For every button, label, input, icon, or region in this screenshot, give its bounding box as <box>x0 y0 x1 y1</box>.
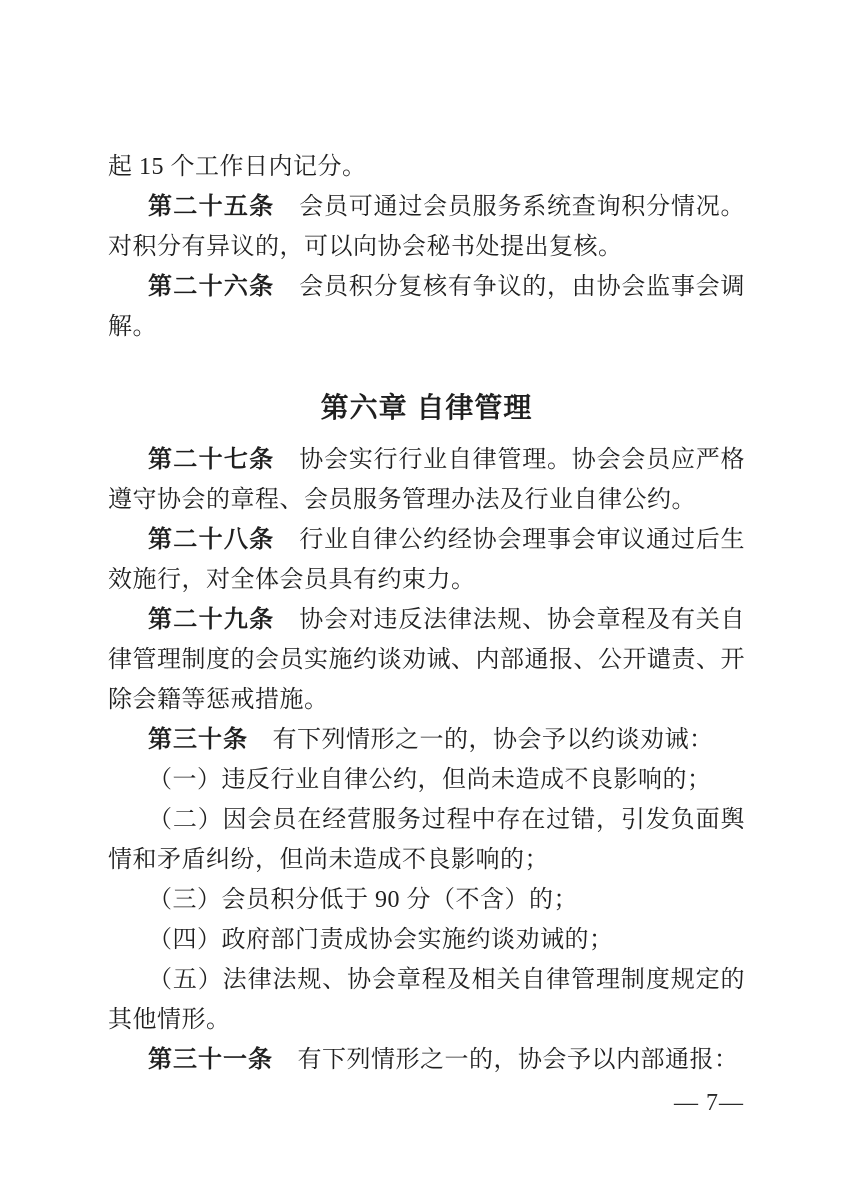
document-text-block: 起 15 个工作日内记分。 第二十五条 会员可通过会员服务系统查询积分情况。对积… <box>108 147 745 1080</box>
article-number: 第二十七条 <box>148 446 274 473</box>
list-item-1: （一）违反行业自律公约，但尚未造成不良影响的； <box>108 760 745 800</box>
list-item-5: （五）法律法规、协会章程及相关自律管理制度规定的其他情形。 <box>108 960 745 1040</box>
article-number: 第二十五条 <box>148 193 274 220</box>
article-number: 第二十八条 <box>148 526 274 553</box>
article-paragraph-25: 第二十五条 会员可通过会员服务系统查询积分情况。对积分有异议的，可以向协会秘书处… <box>108 187 745 267</box>
article-number: 第二十六条 <box>148 273 274 300</box>
chapter-heading: 第六章 自律管理 <box>108 388 745 428</box>
article-number: 第三十一条 <box>148 1046 273 1073</box>
paragraph-text: 起 15 个工作日内记分。 <box>108 154 367 180</box>
list-item-3: （三）会员积分低于 90 分（不含）的； <box>108 880 745 920</box>
article-paragraph-28: 第二十八条 行业自律公约经协会理事会审议通过后生效施行，对全体会员具有约束力。 <box>108 520 745 600</box>
article-number: 第二十九条 <box>148 606 274 633</box>
article-paragraph-26: 第二十六条 会员积分复核有争议的，由协会监事会调解。 <box>108 267 745 347</box>
list-item-text: （二）因会员在经营服务过程中存在过错，引发负面舆情和矛盾纠纷，但尚未造成不良影响… <box>108 807 745 873</box>
article-text: 有下列情形之一的，协会予以约谈劝诫： <box>248 727 714 753</box>
list-item-text: （四）政府部门责成协会实施约谈劝诫的； <box>148 927 614 953</box>
article-paragraph-29: 第二十九条 协会对违反法律法规、协会章程及有关自律管理制度的会员实施约谈劝诫、内… <box>108 600 745 720</box>
article-number: 第三十条 <box>148 726 248 753</box>
article-paragraph-31: 第三十一条 有下列情形之一的，协会予以内部通报： <box>108 1040 745 1080</box>
article-paragraph-30: 第三十条 有下列情形之一的，协会予以约谈劝诫： <box>108 720 745 760</box>
list-item-text: （五）法律法规、协会章程及相关自律管理制度规定的其他情形。 <box>108 967 745 1033</box>
list-item-text: （三）会员积分低于 90 分（不含）的； <box>148 887 578 913</box>
page-number: — 7— <box>674 1088 744 1118</box>
article-text: 有下列情形之一的，协会予以内部通报： <box>273 1047 739 1073</box>
list-item-2: （二）因会员在经营服务过程中存在过错，引发负面舆情和矛盾纠纷，但尚未造成不良影响… <box>108 800 745 880</box>
document-page: 起 15 个工作日内记分。 第二十五条 会员可通过会员服务系统查询积分情况。对积… <box>0 0 850 1203</box>
paragraph-continuation: 起 15 个工作日内记分。 <box>108 147 745 187</box>
list-item-4: （四）政府部门责成协会实施约谈劝诫的； <box>108 920 745 960</box>
article-paragraph-27: 第二十七条 协会实行行业自律管理。协会会员应严格遵守协会的章程、会员服务管理办法… <box>108 440 745 520</box>
list-item-text: （一）违反行业自律公约，但尚未造成不良影响的； <box>148 767 712 793</box>
